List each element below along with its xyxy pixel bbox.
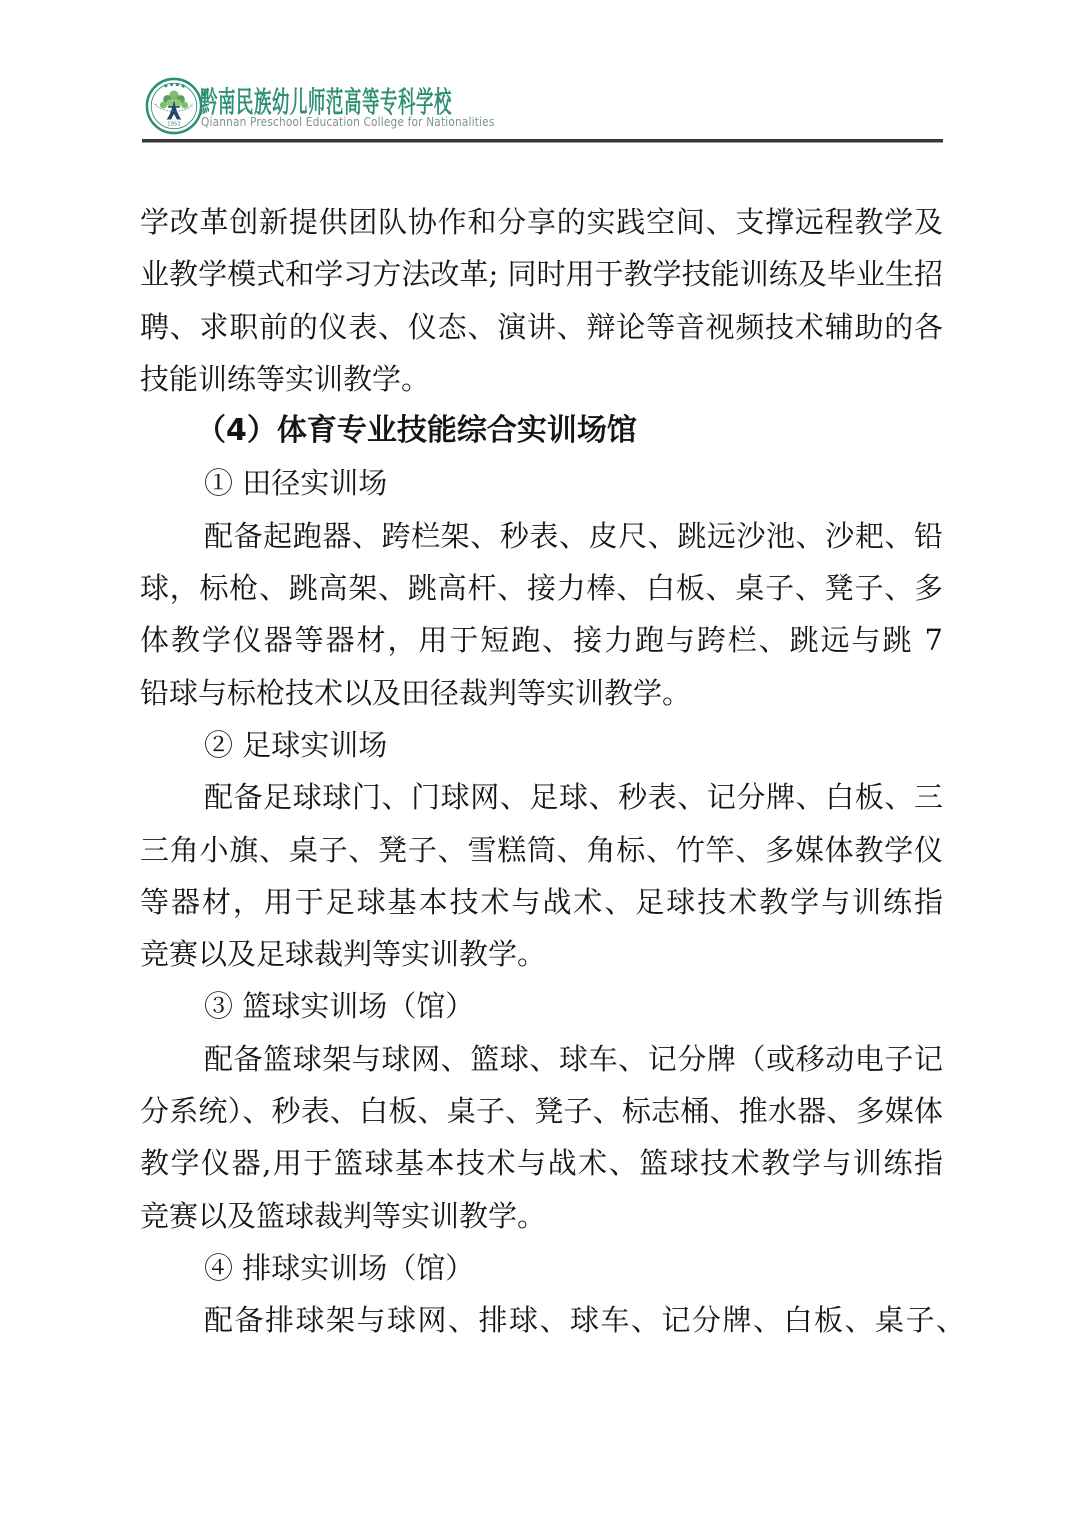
doc-line: 分系统）、秒表、白板、桌子、凳子、标志桶、推水器、多媒体 [140, 1085, 943, 1137]
doc-line: 等器材，用于足球基本技术与战术、足球技术教学与训练指导、 [140, 876, 943, 928]
doc-line: 业教学模式和学习方法改革; 同时用于教学技能训练及毕业生招 [140, 248, 943, 300]
doc-line: 竞赛以及篮球裁判等实训教学。 [140, 1190, 943, 1242]
letterhead: 1952 黔南民族幼儿师范高等专科学校 Qiannan Preschool Ed… [0, 0, 1074, 150]
document-body: 学改革创新提供团队协作和分享的实践空间、支撑远程教学及专 业教学模式和学习方法改… [140, 196, 943, 1347]
section-heading: （4）体育专业技能综合实训场馆 [140, 405, 943, 457]
doc-line: 学改革创新提供团队协作和分享的实践空间、支撑远程教学及专 [140, 196, 943, 248]
header-divider [142, 139, 943, 142]
subsection-heading-track: ① 田径实训场 [140, 457, 943, 509]
doc-line: 技能训练等实训教学。 [140, 353, 943, 405]
doc-line: 体教学仪器等器材，用于短跑、接力跑与跨栏、跳远与跳 7 高、 [140, 614, 943, 666]
document-page: { "header": { "college_name_zh": "黔南民族幼儿… [0, 0, 1074, 1520]
doc-line: 配备篮球架与球网、篮球、球车、记分牌（或移动电子记 [140, 1033, 943, 1085]
college-logo-icon: 1952 [145, 77, 203, 135]
doc-line: 铅球与标枪技术以及田径裁判等实训教学。 [140, 667, 943, 719]
subsection-heading-basketball: ③ 篮球实训场（馆） [140, 980, 943, 1032]
college-name-en: Qiannan Preschool Education College for … [201, 115, 495, 129]
doc-line: 教学仪器,用于篮球基本技术与战术、篮球技术教学与训练指导、 [140, 1137, 943, 1189]
doc-line: 配备起跑器、跨栏架、秒表、皮尺、跳远沙池、沙耙、铅 [140, 510, 943, 562]
subsection-heading-football: ② 足球实训场 [140, 719, 943, 771]
logo-year-text: 1952 [167, 121, 180, 127]
doc-line: 配备排球架与球网、排球、球车、记分牌、白板、桌子、 [140, 1294, 943, 1346]
doc-line: 聘、求职前的仪表、仪态、演讲、辩论等音视频技术辅助的各项 [140, 301, 943, 353]
doc-line: 竞赛以及足球裁判等实训教学。 [140, 928, 943, 980]
doc-line: 三角小旗、桌子、凳子、雪糕筒、角标、竹竿、多媒体教学仪器 [140, 824, 943, 876]
doc-line: 配备足球球门、门球网、足球、秒表、记分牌、白板、三色 [140, 771, 943, 823]
subsection-heading-volleyball: ④ 排球实训场（馆） [140, 1242, 943, 1294]
doc-line: 球，标枪、跳高架、跳高杆、接力棒、白板、桌子、凳子、多媒 [140, 562, 943, 614]
